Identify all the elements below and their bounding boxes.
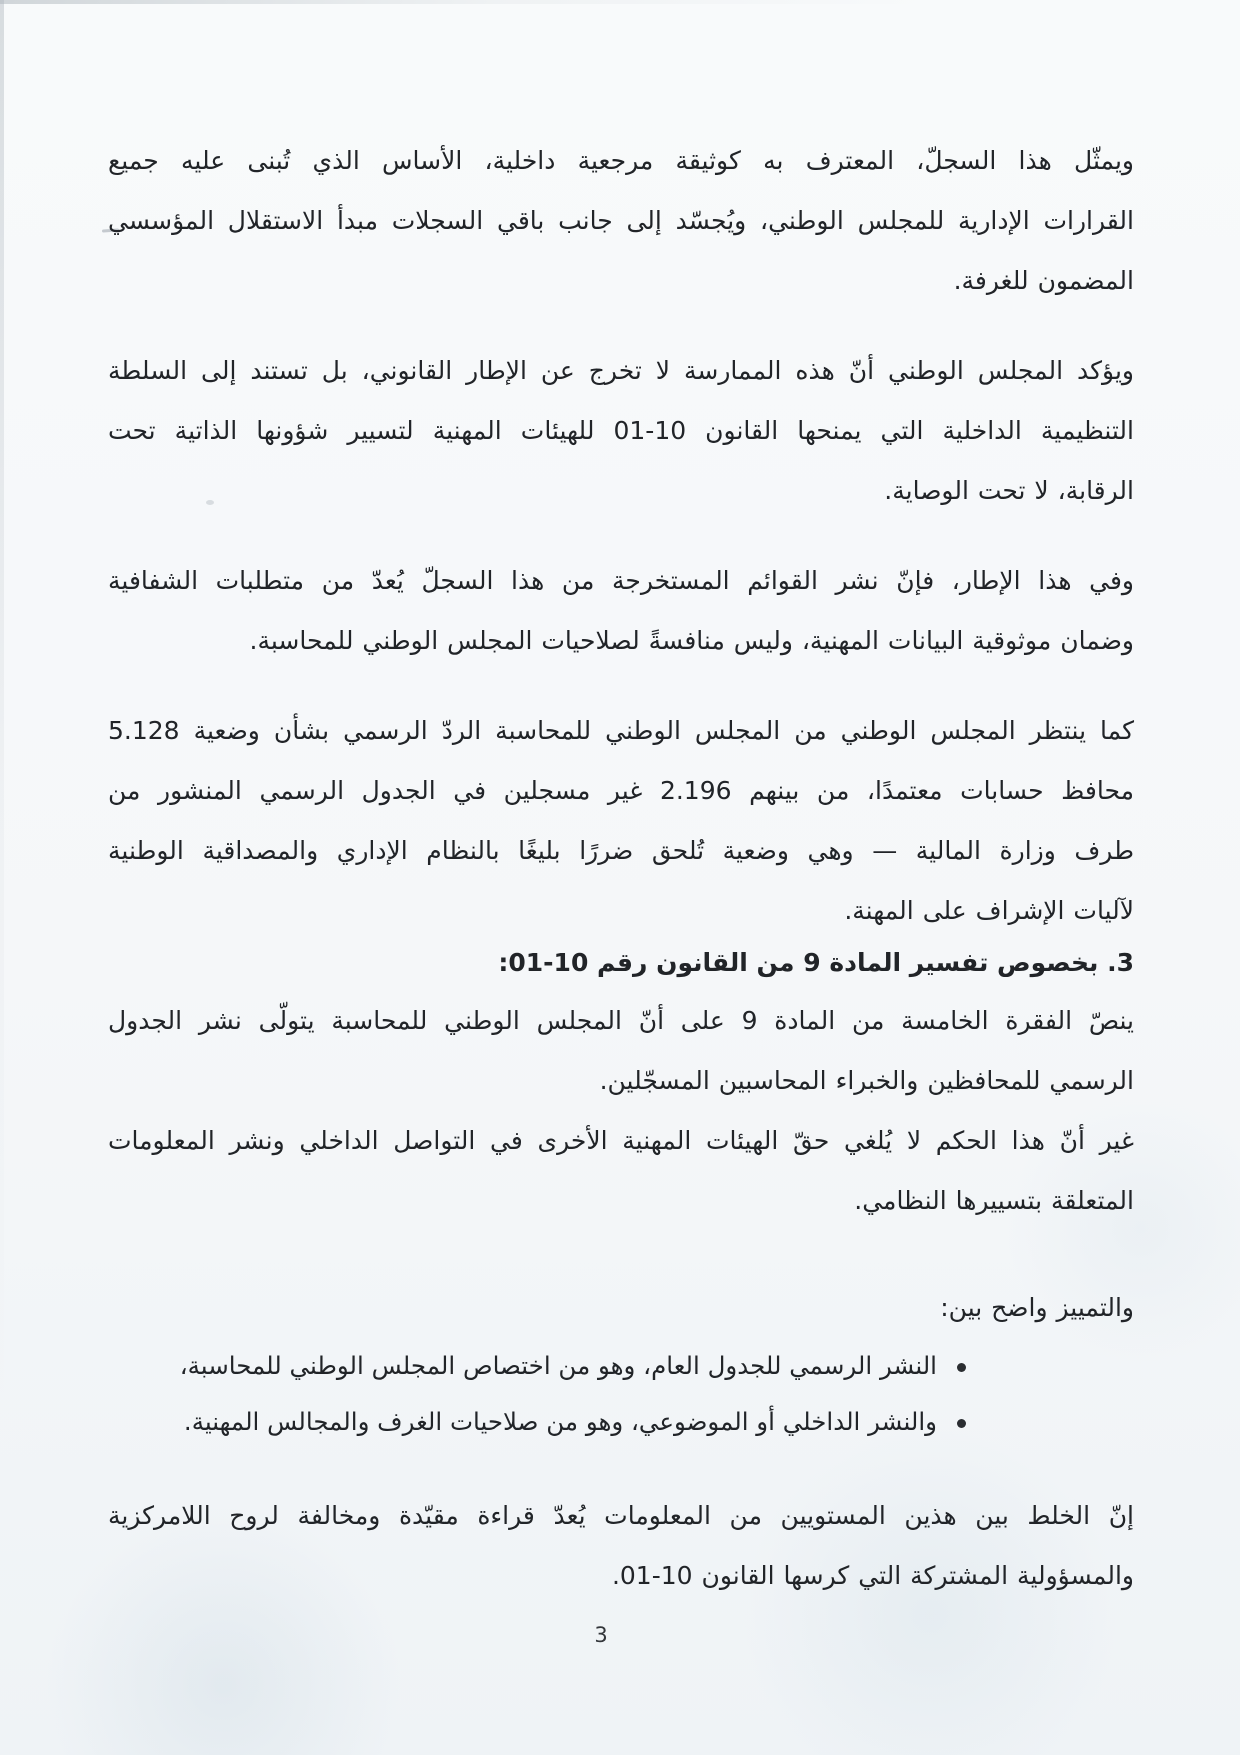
text-line: ويمثّل هذا السجلّ، المعترف به كوثيقة مرج… <box>108 131 1134 191</box>
paragraph-transparency: وفي هذا الإطار، فإنّ نشر القوائم المستخر… <box>108 551 1134 671</box>
text-line: ينصّ الفقرة الخامسة من المادة 9 على أنّ … <box>108 991 1134 1051</box>
bullet-icon <box>957 1419 966 1428</box>
paragraph-legal-basis: ويؤكد المجلس الوطني أنّ هذه الممارسة لا … <box>108 341 1134 521</box>
text-line: إنّ الخلط بين هذين المستويين من المعلوما… <box>108 1486 1134 1546</box>
text-line: وضمان موثوقية البيانات المهنية، وليس منا… <box>108 611 1134 671</box>
text-line: المتعلقة بتسييرها النظامي. <box>108 1171 1134 1231</box>
text-line: وفي هذا الإطار، فإنّ نشر القوائم المستخر… <box>108 551 1134 611</box>
distinction-list: النشر الرسمي للجدول العام، وهو من اختصاص… <box>108 1338 1134 1450</box>
text-line: محافظ حسابات معتمدًا، من بينهم 2.196 غير… <box>108 761 1134 821</box>
paragraph-register: ويمثّل هذا السجلّ، المعترف به كوثيقة مرج… <box>108 131 1134 311</box>
text-line: غير أنّ هذا الحكم لا يُلغي حقّ الهيئات ا… <box>108 1111 1134 1171</box>
text-line: كما ينتظر المجلس الوطني من المجلس الوطني… <box>108 701 1134 761</box>
list-item: والنشر الداخلي أو الموضوعي، وهو من صلاحي… <box>108 1394 966 1450</box>
section-heading-article9: 3. بخصوص تفسير المادة 9 من القانون رقم 1… <box>108 935 1134 991</box>
text-line: المضمون للغرفة. <box>108 251 1134 311</box>
text-line: والمسؤولية المشتركة التي كرسها القانون 1… <box>108 1546 1134 1606</box>
text-line: طرف وزارة المالية — وهي وضعية تُلحق ضررً… <box>108 821 1134 881</box>
paragraph-other-bodies-right: غير أنّ هذا الحكم لا يُلغي حقّ الهيئات ا… <box>108 1111 1134 1231</box>
text-line: لآليات الإشراف على المهنة. <box>108 881 1134 941</box>
list-item-text: النشر الرسمي للجدول العام، وهو من اختصاص… <box>180 1351 937 1380</box>
text-line: الرسمي للمحافظين والخبراء المحاسبين المس… <box>108 1051 1134 1111</box>
scan-edge-left <box>0 0 4 1755</box>
page-number: 3 <box>88 1620 1114 1650</box>
distinction-intro: والتمييز واضح بين: <box>108 1278 1134 1338</box>
paragraph-conclusion: إنّ الخلط بين هذين المستويين من المعلوما… <box>108 1486 1134 1606</box>
text-line: الرقابة، لا تحت الوصاية. <box>108 461 1134 521</box>
list-item-text: والنشر الداخلي أو الموضوعي، وهو من صلاحي… <box>184 1407 937 1436</box>
bullet-icon <box>957 1363 966 1372</box>
text-line: القرارات الإدارية للمجلس الوطني، ويُجسّد… <box>108 191 1134 251</box>
paragraph-article9-text: ينصّ الفقرة الخامسة من المادة 9 على أنّ … <box>108 991 1134 1111</box>
list-item: النشر الرسمي للجدول العام، وهو من اختصاص… <box>108 1338 966 1394</box>
document-page: ويمثّل هذا السجلّ، المعترف به كوثيقة مرج… <box>108 0 1134 1650</box>
paragraph-auditors-status: كما ينتظر المجلس الوطني من المجلس الوطني… <box>108 701 1134 941</box>
text-line: ويؤكد المجلس الوطني أنّ هذه الممارسة لا … <box>108 341 1134 401</box>
text-line: التنظيمية الداخلية التي يمنحها القانون 1… <box>108 401 1134 461</box>
